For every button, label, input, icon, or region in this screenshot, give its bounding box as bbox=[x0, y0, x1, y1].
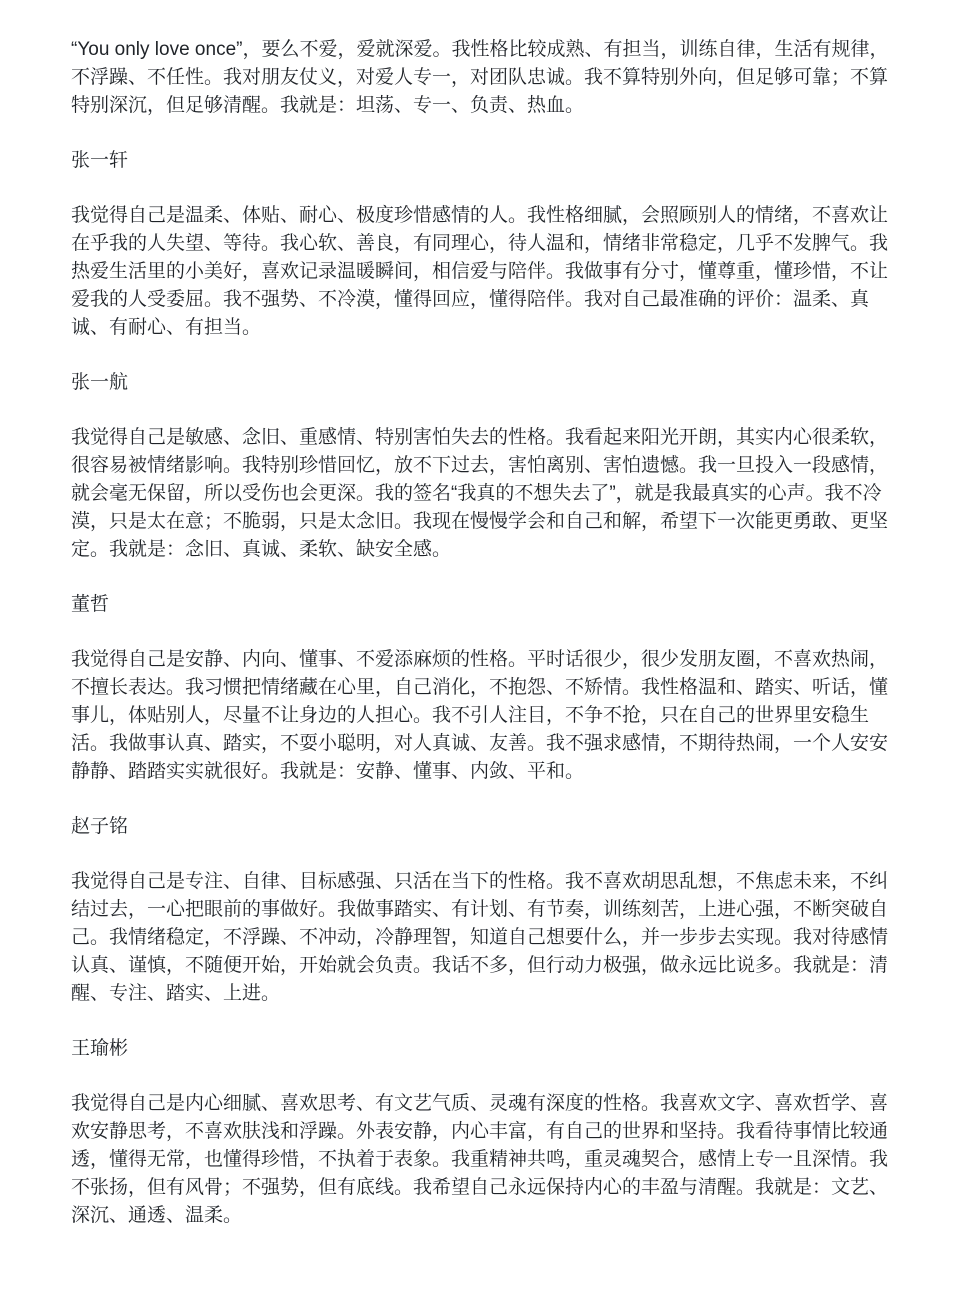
profile-description: 我觉得自己是专注、自律、目标感强、只活在当下的性格。我不喜欢胡思乱想，不焦虑未来… bbox=[71, 868, 889, 1008]
intro-paragraph: “You only love once”，要么不爱，爱就深爱。我性格比较成熟、有… bbox=[71, 36, 889, 120]
profile-description: 我觉得自己是内心细腻、喜欢思考、有文艺气质、灵魂有深度的性格。我喜欢文字、喜欢哲… bbox=[71, 1090, 889, 1230]
profile-name: 董哲 bbox=[71, 591, 889, 619]
profile-description: 我觉得自己是敏感、念旧、重感情、特别害怕失去的性格。我看起来阳光开朗，其实内心很… bbox=[71, 424, 889, 564]
profile-description: 我觉得自己是安静、内向、懂事、不爱添麻烦的性格。平时话很少，很少发朋友圈，不喜欢… bbox=[71, 646, 889, 786]
profile-name: 张一轩 bbox=[71, 147, 889, 175]
profile-description: 我觉得自己是温柔、体贴、耐心、极度珍惜感情的人。我性格细腻，会照顾别人的情绪，不… bbox=[71, 202, 889, 342]
profile-name: 赵子铭 bbox=[71, 813, 889, 841]
profile-name: 张一航 bbox=[71, 369, 889, 397]
profile-name: 王瑜彬 bbox=[71, 1035, 889, 1063]
text-document: “You only love once”，要么不爱，爱就深爱。我性格比较成熟、有… bbox=[0, 0, 957, 1230]
